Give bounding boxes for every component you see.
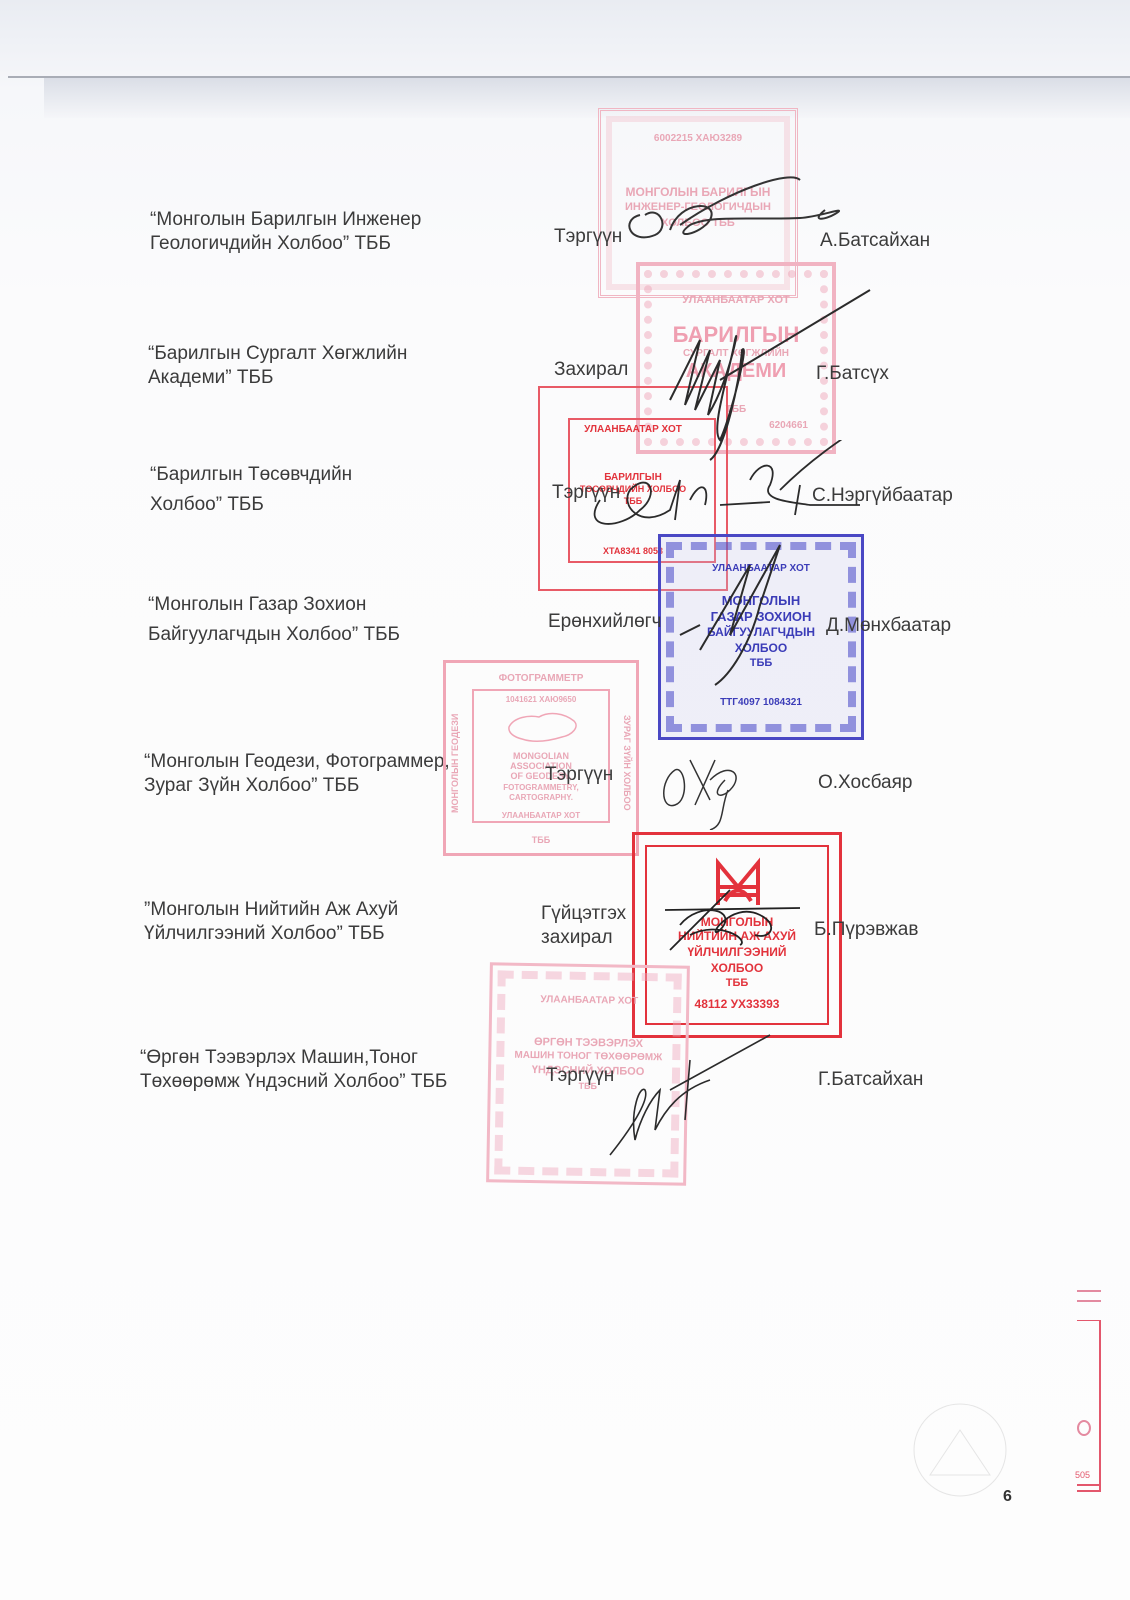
org-name-2: “Барилгын Сургалт Хөгжлийн Академи” ТББ xyxy=(148,342,407,390)
stamp-text: 6002215 ХАЮ3289 xyxy=(601,133,795,144)
signatory-role-3: Тэргүүн xyxy=(552,481,620,505)
edge-mark-line xyxy=(1077,1320,1101,1491)
org-name-5: “Монголын Геодези, Фотограммер, Зураг Зү… xyxy=(144,750,450,798)
stamp-text: МОНГОЛЫН xyxy=(661,593,861,608)
org-name-6: ”Монголын Нийтийн Аж Ахуй Үйлчилгээний Х… xyxy=(144,898,398,946)
edge-circle xyxy=(1077,1420,1091,1436)
stamp-text: АКАДЕМИ xyxy=(640,360,832,383)
org-name-1: “Монголын Барилгын Инженер Геологичдийн … xyxy=(150,208,421,256)
org-line: Академи” ТББ xyxy=(148,366,407,390)
org-line: Холбоо” ТББ xyxy=(150,490,352,520)
signatory-name-4: Д.Мөнхбаатар xyxy=(826,614,951,638)
stamp-text: ХОЛБОО xyxy=(661,641,861,655)
org-line: Геологичдийн Холбоо” ТББ xyxy=(150,232,421,256)
org-name-3: “Барилгын Төсөвчдийн Холбоо” ТББ xyxy=(150,460,352,520)
association-logo-icon xyxy=(713,857,763,909)
signatory-role-1: Тэргүүн xyxy=(554,225,622,249)
org-line: “Монголын Геодези, Фотограммер, xyxy=(144,750,450,774)
org-name-7: “Өргөн Тээвэрлэх Машин,Тоног Төхөөрөмж Ү… xyxy=(140,1046,447,1094)
stamp-text: MONGOLIAN xyxy=(446,751,636,761)
stamp-text: CARTOGRAPHY. xyxy=(446,793,636,802)
stamp-text: 1041621 ХАЮ9650 xyxy=(446,695,636,704)
stamp-text: СУРГАЛТ ХӨГЖЛИЙН xyxy=(640,348,832,359)
org-line: “Монголын Барилгын Инженер xyxy=(150,208,421,232)
signatory-role-6: Гүйцэтгэх захирал xyxy=(541,902,626,950)
stamp-text: ЗУРАГ ЗҮЙН ХОЛБОО xyxy=(614,693,632,833)
signatory-role-7: Тэргүүн xyxy=(546,1064,614,1088)
stamp-5: ФОТОГРАММЕТР 1041621 ХАЮ9650 MONGOLIAN A… xyxy=(443,660,639,856)
stamp-text: МАШИН ТОНОГ ТӨХӨӨРӨМЖ xyxy=(491,1049,685,1063)
signatory-name-1: А.Батсайхан xyxy=(820,229,930,253)
stamp-text: ӨРГӨН ТЭЭВЭРЛЭХ xyxy=(491,1035,685,1050)
stamp-text: ХОЛБОО ТББ xyxy=(601,217,795,229)
org-line: Үйлчилгээний Холбоо” ТББ xyxy=(144,922,398,946)
scan-shadow xyxy=(44,78,1130,118)
stamp-text: МОНГОЛЫН ГЕОДЕЗИ xyxy=(450,693,468,833)
org-line: Төхөөрөмж Үндэсний Холбоо” ТББ xyxy=(140,1070,447,1094)
stamp-text: УЛААНБААТАР ХОТ xyxy=(492,993,686,1007)
stamp-text: МОНГОЛЫН БАРИЛГЫН xyxy=(601,185,795,199)
signatory-name-6: Б.Пүрэвжав xyxy=(814,918,918,942)
org-name-4: “Монголын Газар Зохион Байгуулагчдын Хол… xyxy=(148,590,400,650)
edge-mark-text: 505 xyxy=(1075,1470,1090,1480)
org-line: “Барилгын Төсөвчдийн xyxy=(150,460,352,490)
signatory-name-5: О.Хосбаяр xyxy=(818,771,912,795)
role-line: захирал xyxy=(541,926,626,950)
org-line: Зураг Зүйн Холбоо” ТББ xyxy=(144,774,450,798)
org-line: Байгуулагчдын Холбоо” ТББ xyxy=(148,620,400,650)
stamp-text: ТББ xyxy=(446,835,636,845)
org-line: “Монголын Газар Зохион xyxy=(148,590,400,620)
stamp-text: УЛААНБААТАР ХОТ xyxy=(446,811,636,820)
signatory-role-2: Захирал xyxy=(554,358,628,382)
signatory-role-4: Ерөнхийлөгч xyxy=(548,610,662,634)
signature-5 xyxy=(650,740,760,830)
stamp-text: ТББ xyxy=(661,657,861,669)
stamp-text: УЛААНБААТАР ХОТ xyxy=(640,294,832,306)
stamp-text: МОНГОЛЫН xyxy=(635,915,839,929)
stamp-text: НИЙТИЙН АЖ АХУЙ xyxy=(635,929,839,943)
stamp-text: УЛААНБААТАР ХОТ xyxy=(661,563,861,574)
org-line: ”Монголын Нийтийн Аж Ахуй xyxy=(144,898,398,922)
signatory-name-3: С.Нэргүйбаатар xyxy=(812,484,953,508)
stamp-text: ФОТОГРАММЕТР xyxy=(446,673,636,684)
edge-mark-bottom xyxy=(1077,1484,1101,1492)
stamp-text: БАРИЛГЫН xyxy=(640,322,832,348)
mongolia-map-outline xyxy=(504,707,584,747)
stamp-text: УЛААНБААТАР ХОТ xyxy=(540,424,726,435)
signatory-name-7: Г.Батсайхан xyxy=(818,1068,923,1092)
role-line: Гүйцэтгэх xyxy=(541,902,626,926)
edge-mark-top xyxy=(1077,1290,1101,1302)
org-line: “Барилгын Сургалт Хөгжлийн xyxy=(148,342,407,366)
signatory-role-5: Тэргүүн xyxy=(545,763,613,787)
scanned-page: “Монголын Барилгын Инженер Геологичдийн … xyxy=(0,0,1130,1600)
stamp-text: ҮЙЛЧИЛГЭЭНИЙ xyxy=(635,945,839,959)
signatory-name-2: Г.Батсүх xyxy=(816,362,889,386)
faint-seal-watermark xyxy=(900,1395,1020,1505)
org-line: “Өргөн Тээвэрлэх Машин,Тоног xyxy=(140,1046,447,1070)
page-edge-stamp: 505 xyxy=(1075,1290,1105,1500)
page-number: 6 xyxy=(1003,1488,1012,1506)
stamp-text: ТТГ4097 1084321 xyxy=(661,697,861,708)
stamp-text: ИНЖЕНЕР-ГЕОЛОГИЧДЫН xyxy=(601,201,795,213)
